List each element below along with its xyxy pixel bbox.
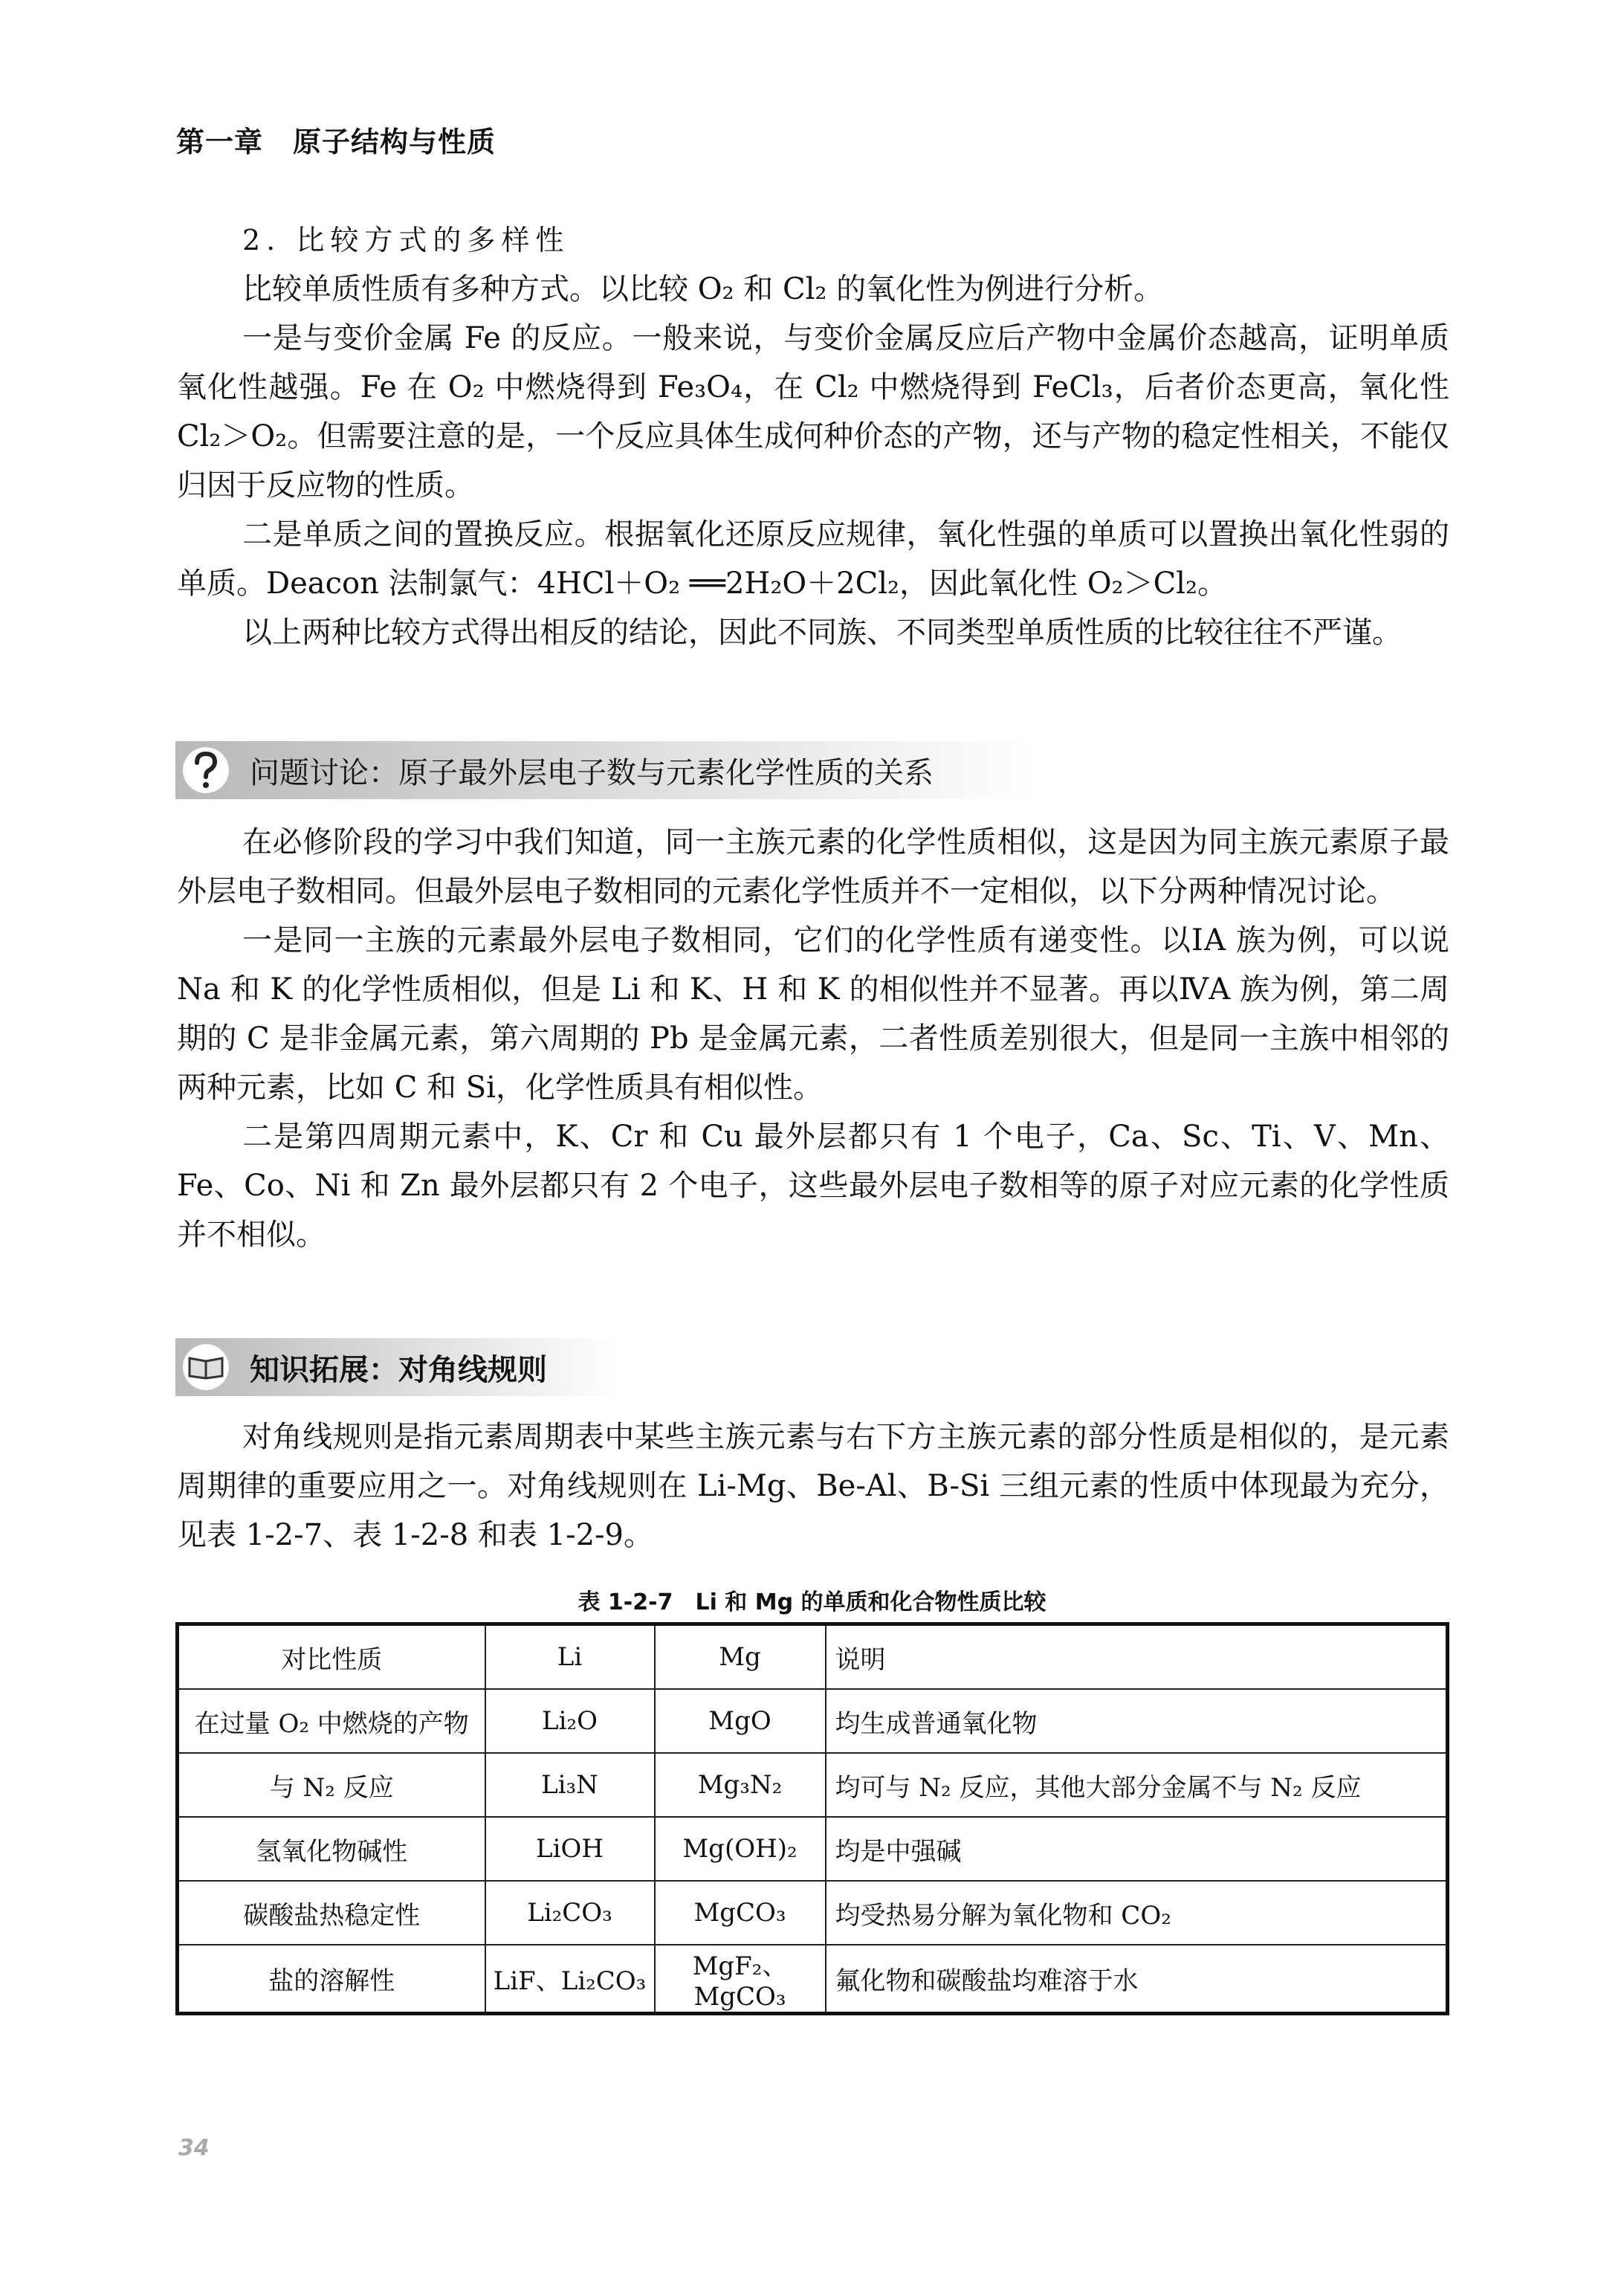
section-heading: 2. 比较方式的多样性 <box>177 216 1449 265</box>
cell: Mg₃N₂ <box>655 1753 826 1817</box>
paragraph: 二是单质之间的置换反应。根据氧化还原反应规律，氧化性强的单质可以置换出氧化性弱的… <box>177 510 1449 608</box>
cell: 均可与 N₂ 反应，其他大部分金属不与 N₂ 反应 <box>826 1753 1448 1817</box>
table-row: 在过量 O₂ 中燃烧的产物 Li₂O MgO 均生成普通氧化物 <box>178 1689 1448 1753</box>
table-row: 碳酸盐热稳定性 Li₂CO₃ MgCO₃ 均受热易分解为氧化物和 CO₂ <box>178 1881 1448 1945</box>
table-header-row: 对比性质 Li Mg 说明 <box>178 1624 1448 1690</box>
header-cell: Mg <box>655 1624 826 1690</box>
cell: MgO <box>655 1689 826 1753</box>
table-caption: 表 1-2-7 Li 和 Mg 的单质和化合物性质比较 <box>0 1583 1624 1616</box>
header-cell: 说明 <box>826 1624 1448 1690</box>
chapter-number: 第一章 <box>176 126 263 158</box>
table-row: 与 N₂ 反应 Li₃N Mg₃N₂ 均可与 N₂ 反应，其他大部分金属不与 N… <box>178 1753 1448 1817</box>
header-cell: 对比性质 <box>178 1624 485 1690</box>
cell: Li₂O <box>485 1689 655 1753</box>
paragraph: 在必修阶段的学习中我们知道，同一主族元素的化学性质相似，这是因为同主族元素原子最… <box>177 818 1449 916</box>
cell: 氢氧化物碱性 <box>178 1817 485 1881</box>
paragraph: 一是同一主族的元素最外层电子数相同，它们的化学性质有递变性。以ⅠA 族为例，可以… <box>177 916 1449 1112</box>
cell: 在过量 O₂ 中燃烧的产物 <box>178 1689 485 1753</box>
table-row: 盐的溶解性 LiF、Li₂CO₃ MgF₂、MgCO₃ 氟化物和碳酸盐均难溶于水 <box>178 1945 1448 2014</box>
page-number: 34 <box>178 2135 210 2161</box>
header-cell: Li <box>485 1624 655 1690</box>
cell: 均生成普通氧化物 <box>826 1689 1448 1753</box>
discussion-body: 在必修阶段的学习中我们知道，同一主族元素的化学性质相似，这是因为同主族元素原子最… <box>177 818 1449 1259</box>
cell: LiF、Li₂CO₃ <box>485 1945 655 2014</box>
cell: MgF₂、MgCO₃ <box>655 1945 826 2014</box>
table-row: 氢氧化物碱性 LiOH Mg(OH)₂ 均是中强碱 <box>178 1817 1448 1881</box>
cell: MgCO₃ <box>655 1881 826 1945</box>
discussion-banner: 问题讨论：原子最外层电子数与元素化学性质的关系 <box>175 741 1038 799</box>
extension-banner: 知识拓展：对角线规则 <box>175 1338 621 1396</box>
comparison-table: 对比性质 Li Mg 说明 在过量 O₂ 中燃烧的产物 Li₂O MgO 均生成… <box>175 1622 1449 2015</box>
question-icon <box>183 747 229 793</box>
section-comparison: 2. 比较方式的多样性 比较单质性质有多种方式。以比较 O₂ 和 Cl₂ 的氧化… <box>177 216 1449 657</box>
cell: LiOH <box>485 1817 655 1881</box>
discussion-title: 问题讨论：原子最外层电子数与元素化学性质的关系 <box>250 749 934 792</box>
extension-body: 对角线规则是指元素周期表中某些主族元素与右下方主族元素的部分性质是相似的，是元素… <box>177 1412 1449 1560</box>
paragraph: 二是第四周期元素中，K、Cr 和 Cu 最外层都只有 1 个电子，Ca、Sc、T… <box>177 1112 1449 1259</box>
cell: 均受热易分解为氧化物和 CO₂ <box>826 1881 1448 1945</box>
cell: 盐的溶解性 <box>178 1945 485 2014</box>
book-icon <box>183 1344 229 1390</box>
cell: Li₂CO₃ <box>485 1881 655 1945</box>
cell: 氟化物和碳酸盐均难溶于水 <box>826 1945 1448 2014</box>
cell: Mg(OH)₂ <box>655 1817 826 1881</box>
extension-title: 知识拓展：对角线规则 <box>250 1346 547 1389</box>
cell: Li₃N <box>485 1753 655 1817</box>
chapter-title: 原子结构与性质 <box>293 126 496 158</box>
cell: 与 N₂ 反应 <box>178 1753 485 1817</box>
paragraph: 以上两种比较方式得出相反的结论，因此不同族、不同类型单质性质的比较往往不严谨。 <box>177 608 1449 657</box>
chapter-header: 第一章原子结构与性质 <box>176 119 496 160</box>
cell: 碳酸盐热稳定性 <box>178 1881 485 1945</box>
paragraph: 一是与变价金属 Fe 的反应。一般来说，与变价金属反应后产物中金属价态越高，证明… <box>177 314 1449 510</box>
paragraph: 对角线规则是指元素周期表中某些主族元素与右下方主族元素的部分性质是相似的，是元素… <box>177 1412 1449 1560</box>
paragraph: 比较单质性质有多种方式。以比较 O₂ 和 Cl₂ 的氧化性为例进行分析。 <box>177 265 1449 314</box>
cell: 均是中强碱 <box>826 1817 1448 1881</box>
